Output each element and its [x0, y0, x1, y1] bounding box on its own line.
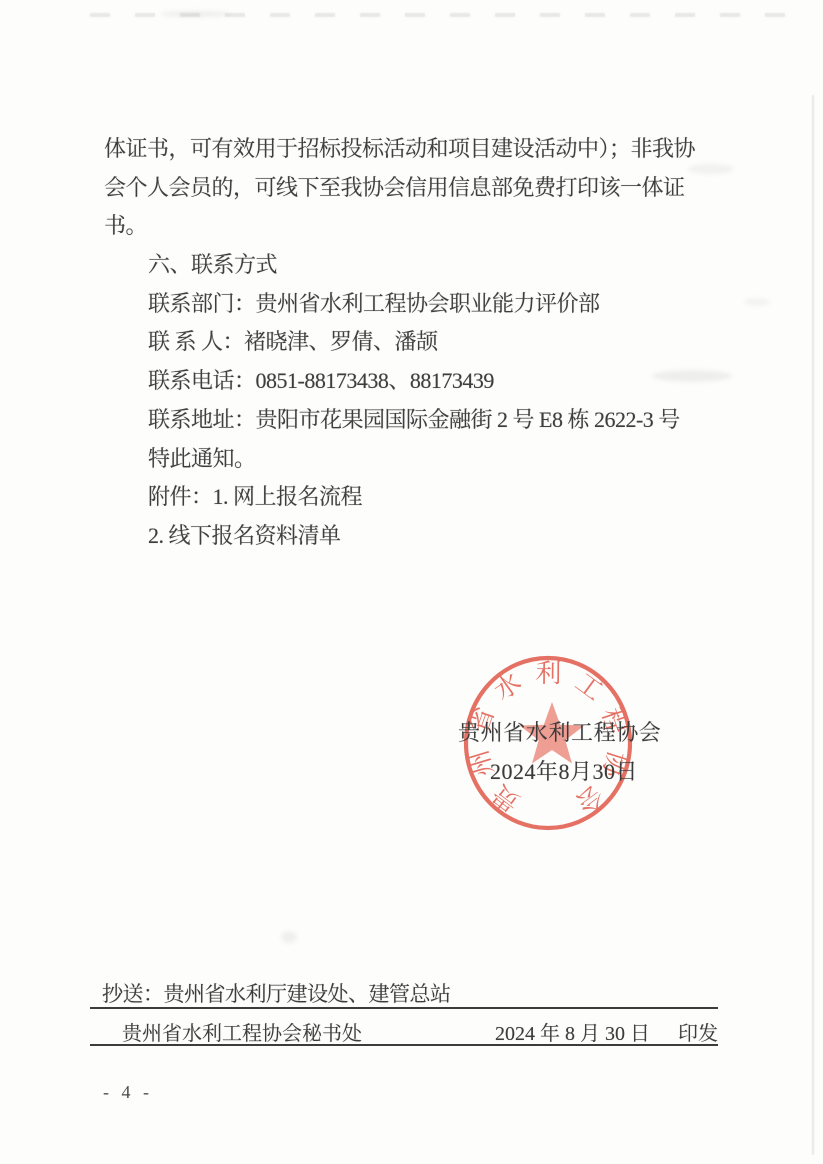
scanned-notice-page: 体证书，可有效用于招标投标活动和项目建设活动中）；非我协 会个人会员的，可线下至…: [0, 0, 823, 1164]
signature-organization: 贵州省水利工程协会: [458, 716, 661, 747]
issue-action: 印发: [678, 1017, 718, 1046]
attachment-line: 2. 线下报名资料清单: [104, 517, 724, 556]
footer-divider: [90, 1007, 718, 1009]
body-line: 书。: [104, 207, 724, 246]
official-seal-stamp: 贵州省水利工程协会: [440, 630, 700, 870]
attachment-line: 附件：1. 网上报名流程: [104, 478, 724, 517]
page-number: - 4 -: [103, 1082, 153, 1103]
contact-department-line: 联系部门：贵州省水利工程协会职业能力评价部: [104, 285, 724, 324]
scan-artifact: [90, 13, 785, 17]
signature-date: 2024年8月30日: [490, 755, 638, 786]
cc-line: 抄送：贵州省水利厅建设处、建管总站: [102, 978, 451, 1008]
notice-body: 体证书，可有效用于招标投标活动和项目建设活动中）；非我协 会个人会员的，可线下至…: [104, 130, 724, 556]
contact-phone-line: 联系电话：0851-88173438、88173439: [104, 362, 724, 401]
scan-artifact: [744, 298, 770, 306]
scan-edge-line: [812, 95, 814, 1155]
footer-divider: [90, 1044, 718, 1046]
contact-person-line: 联 系 人：褚晓津、罗倩、潘颉: [104, 323, 724, 362]
issuer-name: 贵州省水利工程协会秘书处: [122, 1017, 362, 1046]
scan-artifact: [160, 11, 230, 17]
body-line: 体证书，可有效用于招标投标活动和项目建设活动中）；非我协: [104, 130, 724, 169]
body-line: 特此通知。: [104, 440, 724, 479]
contact-address-line: 联系地址：贵阳市花果园国际金融街 2 号 E8 栋 2622-3 号: [104, 401, 724, 440]
issue-date: 2024 年 8 月 30 日: [495, 1017, 650, 1046]
section-heading: 六、联系方式: [104, 246, 724, 285]
issue-row: 贵州省水利工程协会秘书处 2024 年 8 月 30 日 印发: [122, 1017, 718, 1046]
body-line: 会个人会员的，可线下至我协会信用信息部免费打印该一体证: [104, 169, 724, 208]
scan-artifact: [281, 931, 297, 943]
